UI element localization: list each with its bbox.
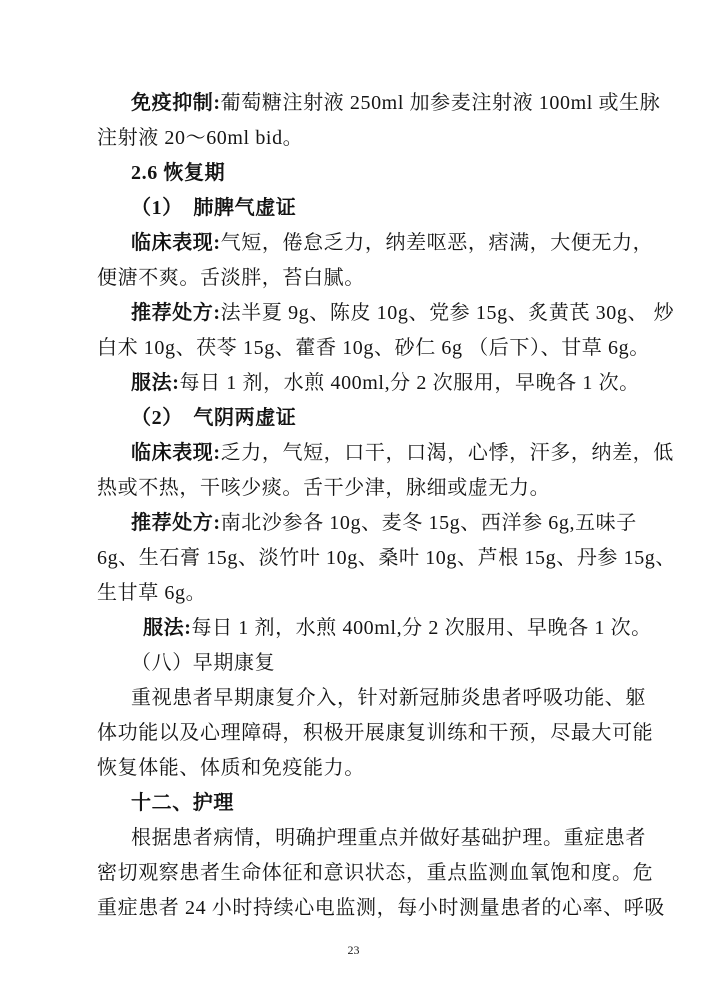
paragraph-line: 生甘草 6g。 (97, 576, 619, 611)
line-text: 体功能以及心理障碍，积极开展康复训练和干预，尽最大可能 (97, 722, 653, 744)
paragraph-line: 6g、生石膏 15g、淡竹叶 10g、桑叶 10g、芦根 15g、丹参 15g、 (97, 541, 619, 576)
heading-recovery-period: 2.6 恢复期 (97, 156, 619, 191)
paragraph-line: 恢复体能、体质和免疫能力。 (97, 751, 619, 786)
paragraph-line: 密切观察患者生命体征和意识状态，重点监测血氧饱和度。危 (97, 856, 619, 891)
line-label: 服法: (131, 372, 179, 394)
paragraph-line: 热或不热，干咳少痰。舌干少津，脉细或虚无力。 (97, 471, 619, 506)
paragraph-line: 白术 10g、茯苓 15g、藿香 10g、砂仁 6g （后下）、甘草 6g。 (97, 331, 619, 366)
line-label: 临床表现: (131, 442, 221, 464)
line-text: 热或不热，干咳少痰。舌干少津，脉细或虚无力。 (97, 477, 550, 499)
line-text: 注射液 20～60ml bid。 (97, 127, 303, 149)
paragraph-line-recommended-prescription: 推荐处方:法半夏 9g、陈皮 10g、党参 15g、炙黄芪 30g、 炒 (97, 296, 619, 331)
line-label: 推荐处方: (131, 512, 221, 534)
paragraph-line-clinical-manifestation: 临床表现:气短，倦怠乏力，纳差呕恶，痞满，大便无力， (97, 226, 619, 261)
line-label: 服法: (143, 617, 191, 639)
paragraph-line-dosage: 服法:每日 1 剂，水煎 400ml,分 2 次服用，早晚各 1 次。 (97, 366, 619, 401)
line-label: （2） 气阴两虚证 (131, 407, 296, 429)
page-number: 23 (0, 943, 707, 958)
paragraph-line: 体功能以及心理障碍，积极开展康复训练和干预，尽最大可能 (97, 716, 619, 751)
paragraph-line-immunosuppression: 免疫抑制:葡萄糖注射液 250ml 加参麦注射液 100ml 或生脉 (97, 86, 619, 121)
line-text: 6g、生石膏 15g、淡竹叶 10g、桑叶 10g、芦根 15g、丹参 15g、 (97, 547, 676, 569)
heading-early-rehabilitation: （八）早期康复 (97, 646, 619, 681)
paragraph-line: 注射液 20～60ml bid。 (97, 121, 619, 156)
heading-lung-spleen-qi-deficiency: （1） 肺脾气虚证 (97, 191, 619, 226)
line-label: （1） 肺脾气虚证 (131, 197, 296, 219)
line-label: 免疫抑制: (131, 92, 221, 114)
line-text: 每日 1 剂，水煎 400ml,分 2 次服用、早晚各 1 次。 (191, 617, 651, 639)
paragraph-line-recommended-prescription: 推荐处方:南北沙参各 10g、麦冬 15g、西洋参 6g,五味子 (97, 506, 619, 541)
line-text: 密切观察患者生命体征和意识状态，重点监测血氧饱和度。危 (97, 862, 653, 884)
paragraph-line: 重视患者早期康复介入，针对新冠肺炎患者呼吸功能、躯 (97, 681, 619, 716)
line-text: 重症患者 24 小时持续心电监测，每小时测量患者的心率、呼吸 (97, 897, 665, 919)
document-page: 免疫抑制:葡萄糖注射液 250ml 加参麦注射液 100ml 或生脉 注射液 2… (0, 0, 707, 1000)
line-label: 临床表现: (131, 232, 221, 254)
line-text: 乏力，气短，口干，口渴，心悸，汗多，纳差，低 (221, 442, 674, 464)
line-label: 推荐处方: (131, 302, 221, 324)
line-text: 生甘草 6g。 (97, 582, 206, 604)
line-text: （八）早期康复 (131, 652, 275, 674)
paragraph-line: 便溏不爽。舌淡胖，苔白腻。 (97, 261, 619, 296)
line-text: 便溏不爽。舌淡胖，苔白腻。 (97, 267, 365, 289)
line-text: 白术 10g、茯苓 15g、藿香 10g、砂仁 6g （后下）、甘草 6g。 (97, 337, 650, 359)
line-text: 南北沙参各 10g、麦冬 15g、西洋参 6g,五味子 (221, 512, 637, 534)
heading-nursing: 十二、护理 (97, 786, 619, 821)
line-label: 十二、护理 (131, 792, 234, 814)
paragraph-line: 重症患者 24 小时持续心电监测，每小时测量患者的心率、呼吸 (97, 891, 619, 926)
line-text: 气短，倦怠乏力，纳差呕恶，痞满，大便无力， (221, 232, 654, 254)
line-label: 2.6 恢复期 (131, 162, 225, 184)
line-text: 每日 1 剂，水煎 400ml,分 2 次服用，早晚各 1 次。 (179, 372, 639, 394)
line-text: 法半夏 9g、陈皮 10g、党参 15g、炙黄芪 30g、 炒 (221, 302, 675, 324)
line-text: 葡萄糖注射液 250ml 加参麦注射液 100ml 或生脉 (221, 92, 661, 114)
line-text: 恢复体能、体质和免疫能力。 (97, 757, 365, 779)
page-content: 免疫抑制:葡萄糖注射液 250ml 加参麦注射液 100ml 或生脉 注射液 2… (97, 86, 619, 926)
line-text: 根据患者病情，明确护理重点并做好基础护理。重症患者 (131, 827, 646, 849)
paragraph-line: 根据患者病情，明确护理重点并做好基础护理。重症患者 (97, 821, 619, 856)
heading-qi-yin-deficiency: （2） 气阴两虚证 (97, 401, 619, 436)
line-text: 重视患者早期康复介入，针对新冠肺炎患者呼吸功能、躯 (131, 687, 646, 709)
paragraph-line-dosage: 服法:每日 1 剂，水煎 400ml,分 2 次服用、早晚各 1 次。 (97, 611, 619, 646)
paragraph-line-clinical-manifestation: 临床表现:乏力，气短，口干，口渴，心悸，汗多，纳差，低 (97, 436, 619, 471)
